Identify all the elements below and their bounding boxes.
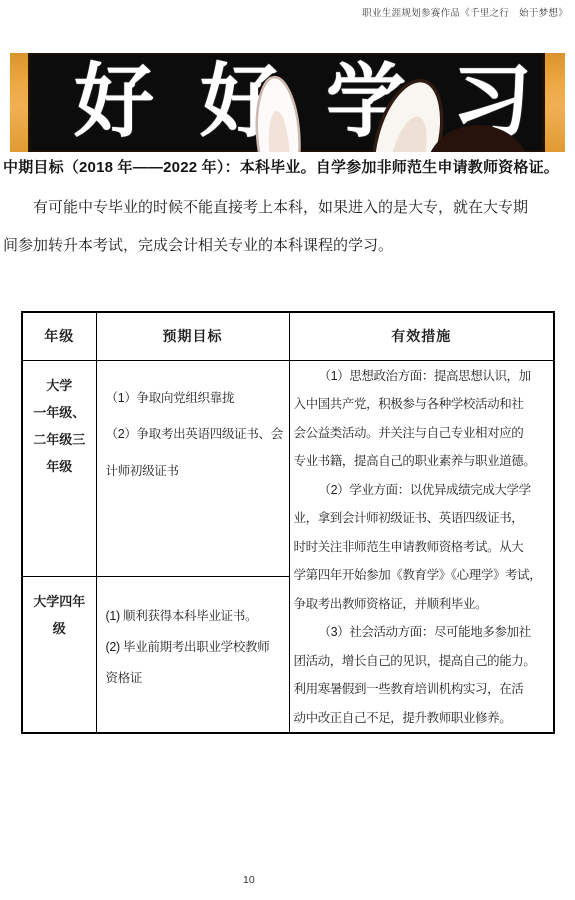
- blackboard: 好好学习: [28, 53, 545, 152]
- measure-paragraph-2: （2）学业方面：以优异成绩完成大学学 业，拿到会计师初级证书、英语四级证书， 时…: [294, 476, 552, 619]
- header-goals: 预期目标: [96, 312, 289, 360]
- grade-cell-row2: 大学四年 级: [22, 577, 96, 733]
- document-page: 职业生涯规划参赛作品《千里之行 始于梦想》 好好学习 中期目标（2018 年——…: [0, 0, 575, 900]
- header-measures: 有效措施: [289, 312, 554, 360]
- goals-cell-row1: （1）争取向党组织靠拢 （2）争取考出英语四级证书、会 计师初级证书: [96, 360, 289, 577]
- grade-cell-row1: 大学 一年级、 二年级三 年级: [22, 360, 96, 577]
- measure-paragraph-3: （3）社会活动方面：尽可能地多参加社 团活动，增长自己的见识，提高自己的能力。 …: [294, 618, 552, 732]
- banner-image: 好好学习: [10, 53, 565, 152]
- table-row: 大学 一年级、 二年级三 年级 （1）争取向党组织靠拢 （2）争取考出英语四级证…: [22, 360, 554, 577]
- goals-text-row1: （1）争取向党组织靠拢 （2）争取考出英语四级证书、会 计师初级证书: [97, 361, 289, 490]
- running-header: 职业生涯规划参赛作品《千里之行 始于梦想》: [362, 5, 568, 19]
- plan-table: 年级 预期目标 有效措施 大学 一年级、 二年级三 年级 （1）争取向党组织靠拢…: [21, 311, 555, 734]
- mid-goal-paragraph: 有可能中专毕业的时候不能直接考上本科，如果进入的是大专，就在大专期 间参加转升本…: [3, 189, 555, 265]
- goals-text-row2: (1) 顺利获得本科毕业证书。 (2) 毕业前期考出职业学校教师 资格证: [97, 577, 289, 694]
- goals-cell-row2: (1) 顺利获得本科毕业证书。 (2) 毕业前期考出职业学校教师 资格证: [96, 577, 289, 733]
- banner-chalk-text: 好好学习: [28, 53, 545, 152]
- table-header-row: 年级 预期目标 有效措施: [22, 312, 554, 360]
- measures-cell: （1）思想政治方面：提高思想认识，加 入中国共产党，积极参与各种学校活动和社 会…: [289, 360, 554, 733]
- header-grade: 年级: [22, 312, 96, 360]
- measure-paragraph-1: （1）思想政治方面：提高思想认识，加 入中国共产党，积极参与各种学校活动和社 会…: [294, 362, 552, 476]
- page-number: 10: [243, 874, 255, 886]
- mid-goal-heading: 中期目标（2018 年——2022 年）：本科毕业。自学参加非师范生申请教师资格…: [3, 157, 573, 179]
